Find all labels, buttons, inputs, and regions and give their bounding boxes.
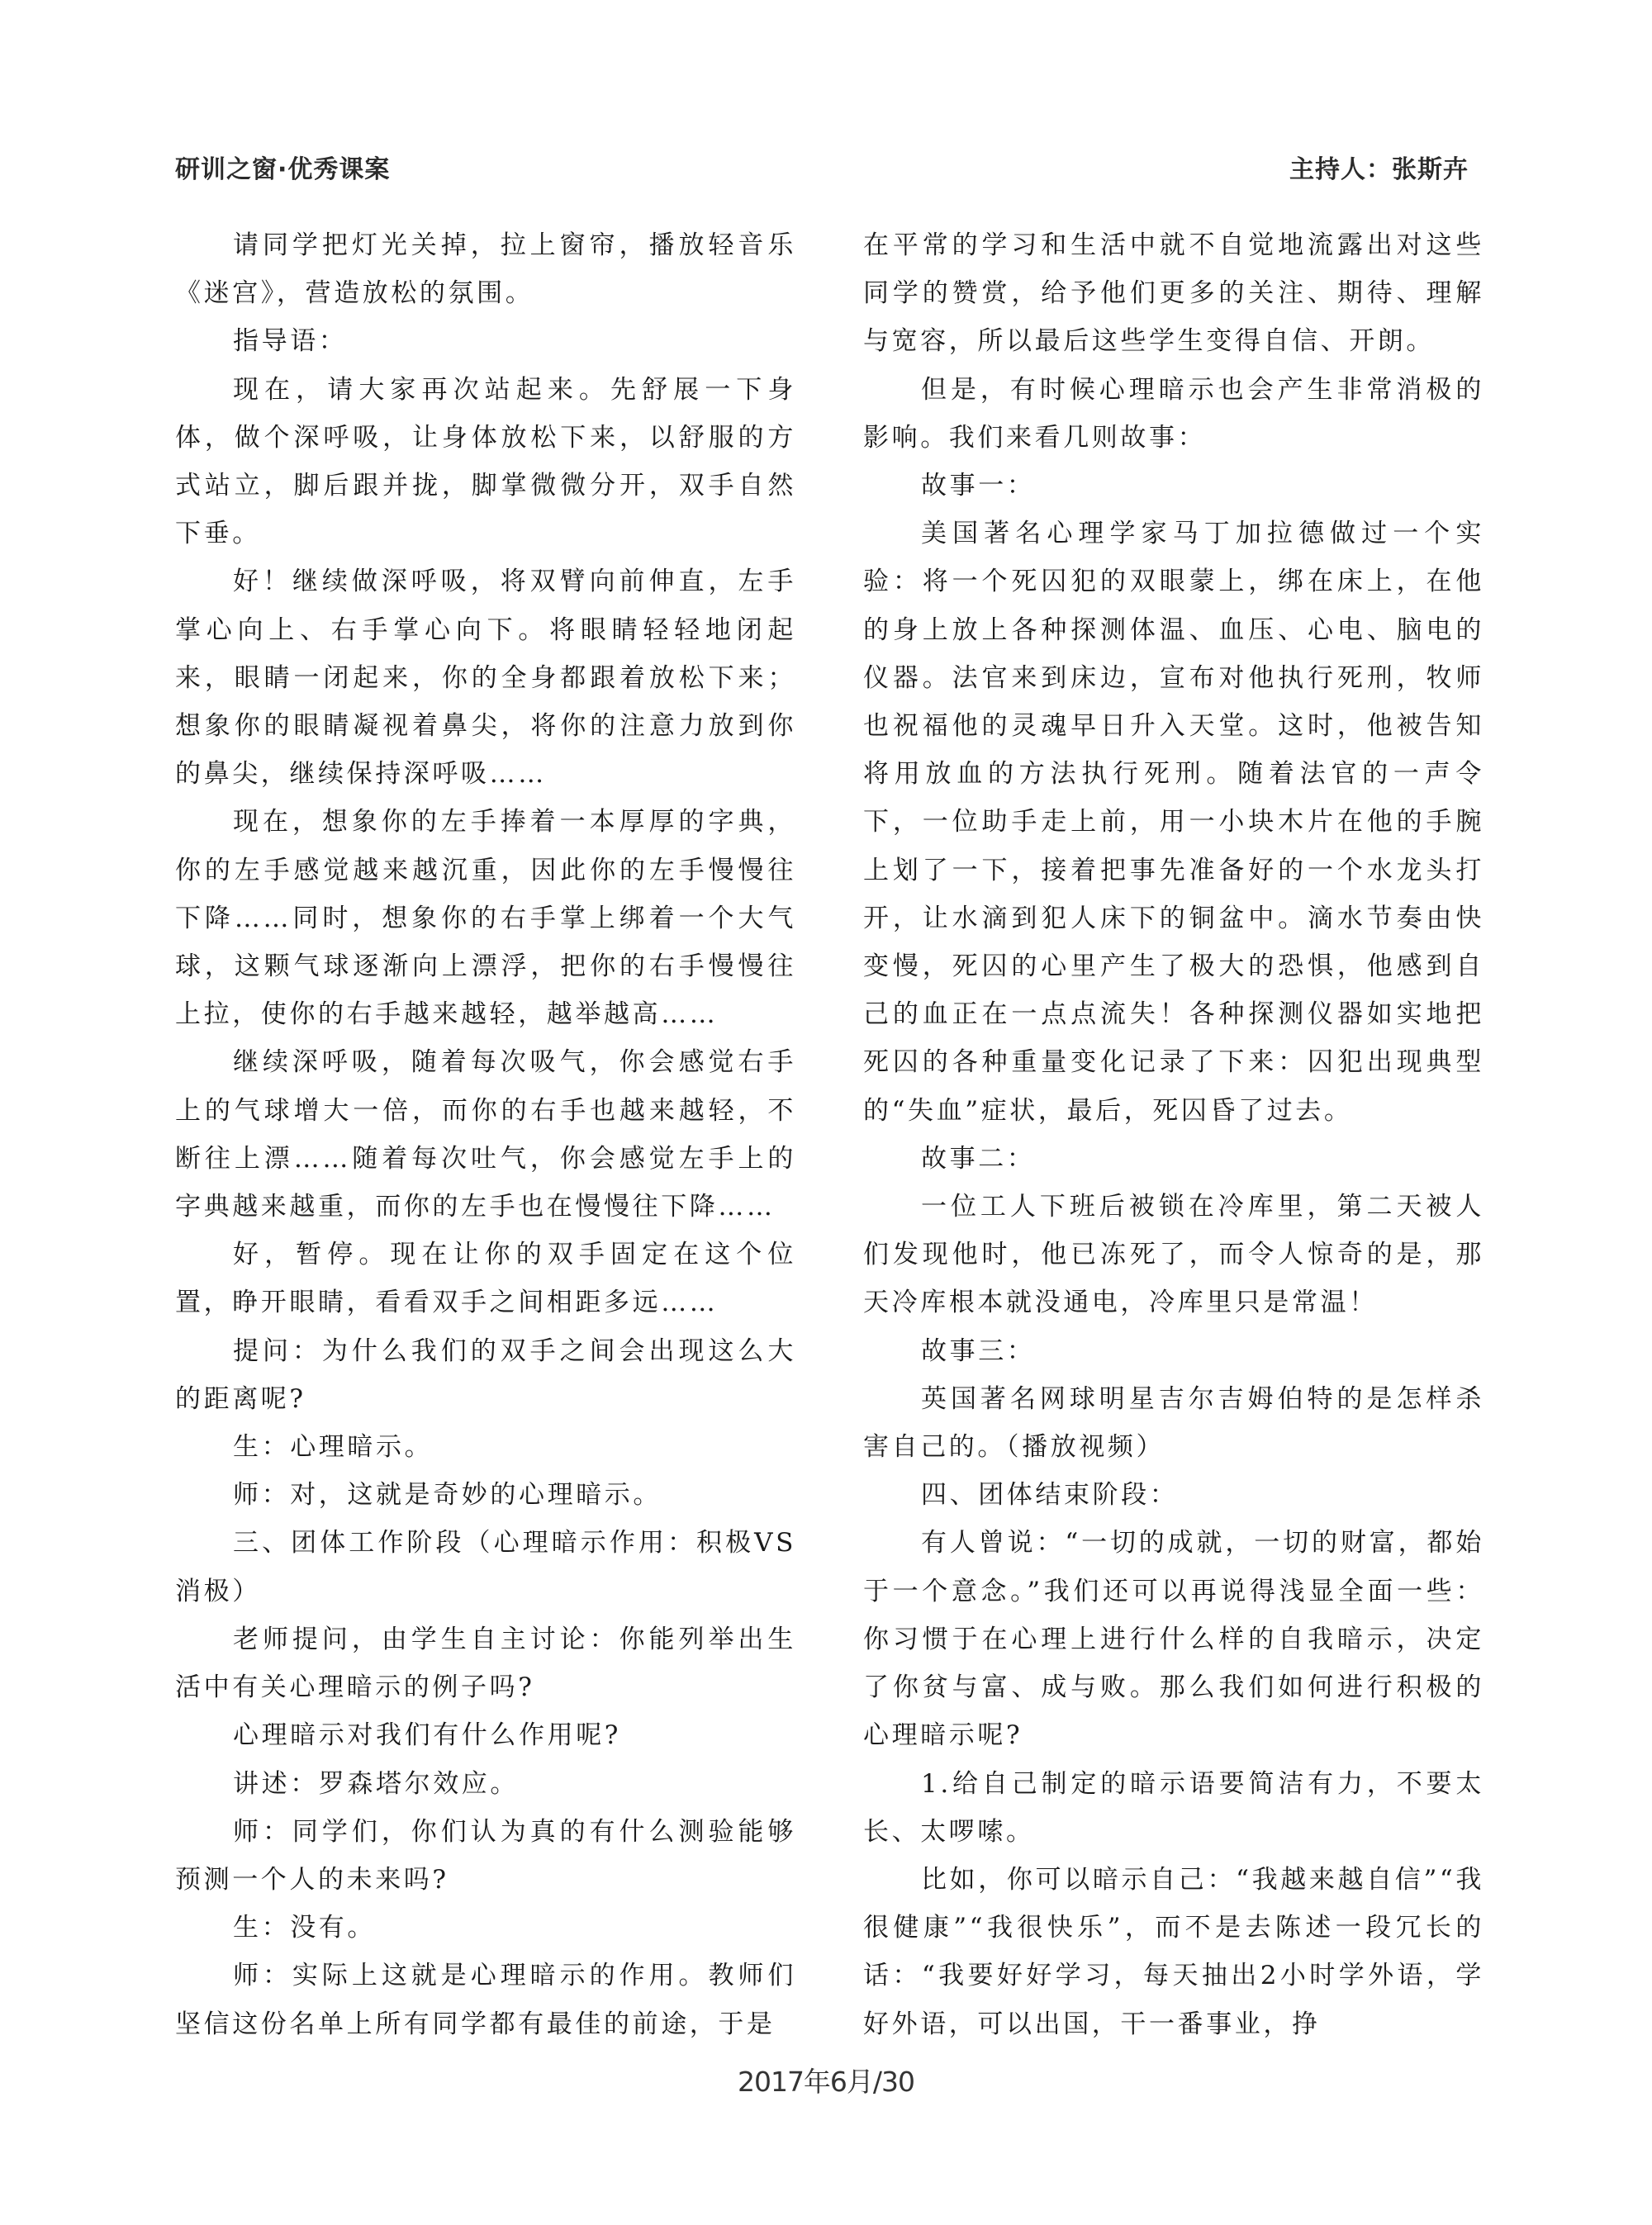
paragraph: 现在，请大家再次站起来。先舒展一下身体，做个深呼吸，让身体放松下来，以舒服的方式… <box>175 366 796 558</box>
paragraph-continued: 在平常的学习和生活中就不自觉地流露出对这些同学的赞赏，给予他们更多的关注、期待、… <box>863 221 1484 366</box>
paragraph: 继续深呼吸，随着每次吸气，你会感觉右手上的气球增大一倍，而你的右手也越来越轻，不… <box>175 1038 796 1231</box>
section-heading: 三、团体工作阶段（心理暗示作用：积极VS消极） <box>175 1519 796 1615</box>
paragraph: 心理暗示对我们有什么作用呢? <box>175 1711 796 1759</box>
paragraph: 美国著名心理学家马丁加拉德做过一个实验：将一个死囚犯的双眼蒙上，绑在床上，在他的… <box>863 510 1484 1135</box>
paragraph: 请同学把灯光关掉，拉上窗帘，播放轻音乐《迷宫》，营造放松的氛围。 <box>175 221 796 317</box>
paragraph: 现在，想象你的左手捧着一本厚厚的字典，你的左手感觉越来越沉重，因此你的左手慢慢往… <box>175 798 796 1038</box>
page-folio: 2017年6月/30 <box>0 2061 1652 2099</box>
paragraph: 讲述：罗森塔尔效应。 <box>175 1760 796 1808</box>
paragraph: 1.给自己制定的暗示语要简洁有力，不要太长、太啰嗦。 <box>863 1760 1484 1856</box>
running-head-column-title: 研训之窗·优秀课案 <box>175 149 390 185</box>
paragraph: 有人曾说：“一切的成就，一切的财富，都始于一个意念。”我们还可以再说得浅显全面一… <box>863 1519 1484 1759</box>
paragraph: 提问：为什么我们的双手之间会出现这么大的距离呢? <box>175 1327 796 1423</box>
left-column: 请同学把灯光关掉，拉上窗帘，播放轻音乐《迷宫》，营造放松的氛围。 指导语： 现在… <box>175 221 796 2048</box>
section-heading: 四、团体结束阶段： <box>863 1471 1484 1519</box>
paragraph: 好，暂停。现在让你的双手固定在这个位置，睁开眼睛，看看双手之间相距多远…… <box>175 1231 796 1326</box>
story-heading: 故事三： <box>863 1327 1484 1375</box>
story-heading: 故事二： <box>863 1135 1484 1183</box>
paragraph: 比如，你可以暗示自己：“我越来越自信”“我很健康”“我很快乐”，而不是去陈述一段… <box>863 1856 1484 2048</box>
paragraph: 一位工人下班后被锁在冷库里，第二天被人们发现他时，他已冻死了，而令人惊奇的是，那… <box>863 1183 1484 1327</box>
paragraph: 英国著名网球明星吉尔吉姆伯特的是怎样杀害自己的。（播放视频） <box>863 1375 1484 1471</box>
paragraph: 指导语： <box>175 317 796 365</box>
paragraph: 老师提问，由学生自主讨论：你能列举出生活中有关心理暗示的例子吗? <box>175 1615 796 1711</box>
right-column: 在平常的学习和生活中就不自觉地流露出对这些同学的赞赏，给予他们更多的关注、期待、… <box>863 221 1484 2048</box>
paragraph: 生：心理暗示。 <box>175 1423 796 1471</box>
paragraph: 生：没有。 <box>175 1904 796 1952</box>
story-heading: 故事一： <box>863 462 1484 510</box>
paragraph: 好！继续做深呼吸，将双臂向前伸直，左手掌心向上、右手掌心向下。将眼睛轻轻地闭起来… <box>175 557 796 798</box>
paragraph: 但是，有时候心理暗示也会产生非常消极的影响。我们来看几则故事： <box>863 366 1484 462</box>
paragraph: 师：同学们，你们认为真的有什么测验能够预测一个人的未来吗? <box>175 1808 796 1904</box>
paragraph: 师：实际上这就是心理暗示的作用。教师们坚信这份名单上所有同学都有最佳的前途，于是 <box>175 1952 796 2047</box>
running-head-host: 主持人：张斯卉 <box>1289 149 1469 185</box>
paragraph: 师：对，这就是奇妙的心理暗示。 <box>175 1471 796 1519</box>
